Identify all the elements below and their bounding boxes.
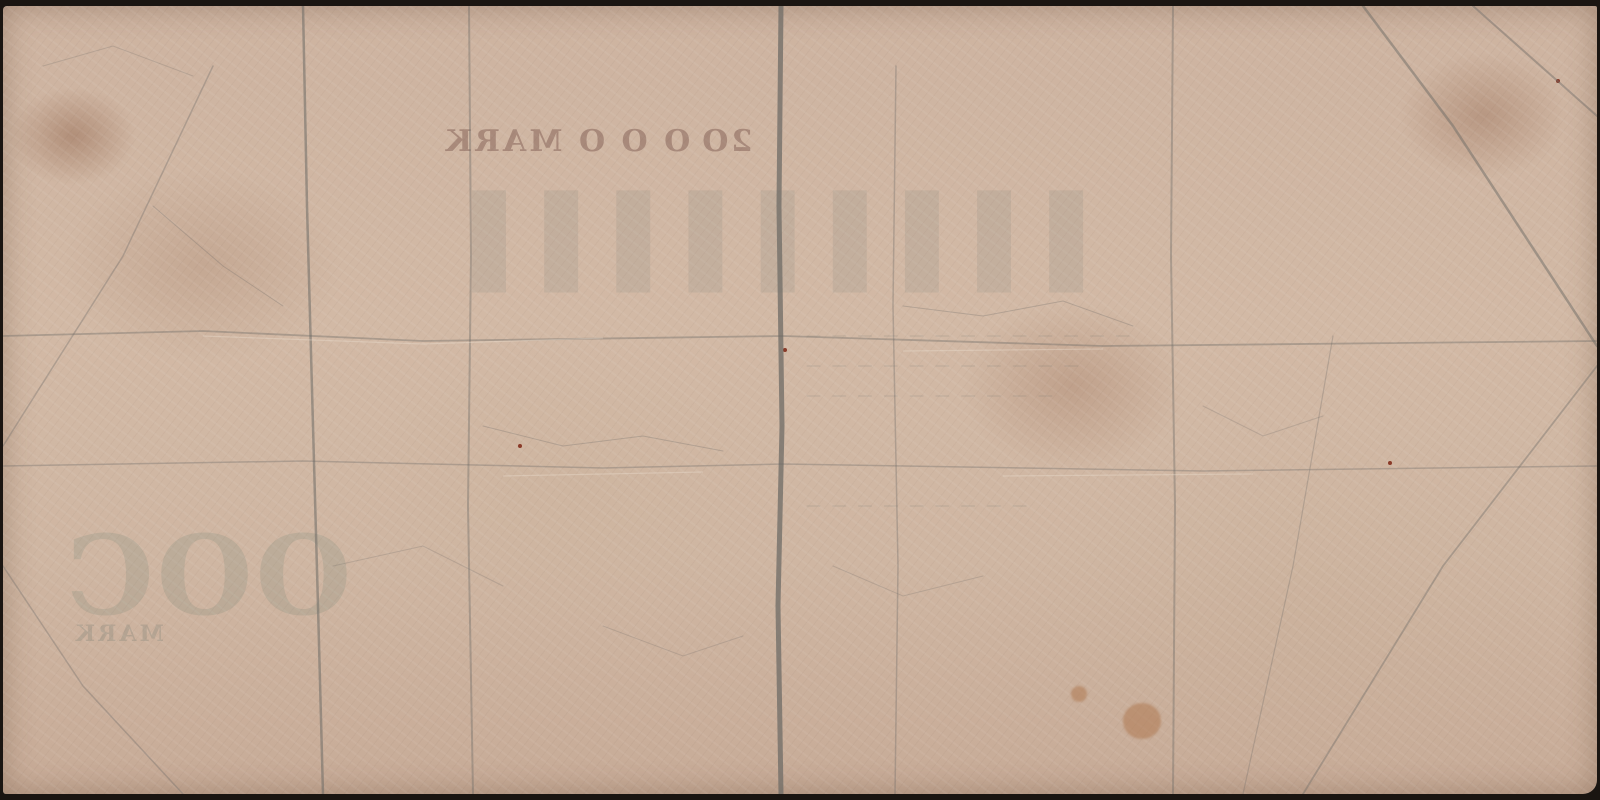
crease-lines [3, 6, 1597, 794]
photo-background: 2O O O O MARK ▌▌▌▌▌▌▌▌▌ — — — — — — — — … [0, 0, 1600, 800]
banknote: 2O O O O MARK ▌▌▌▌▌▌▌▌▌ — — — — — — — — … [3, 6, 1597, 794]
